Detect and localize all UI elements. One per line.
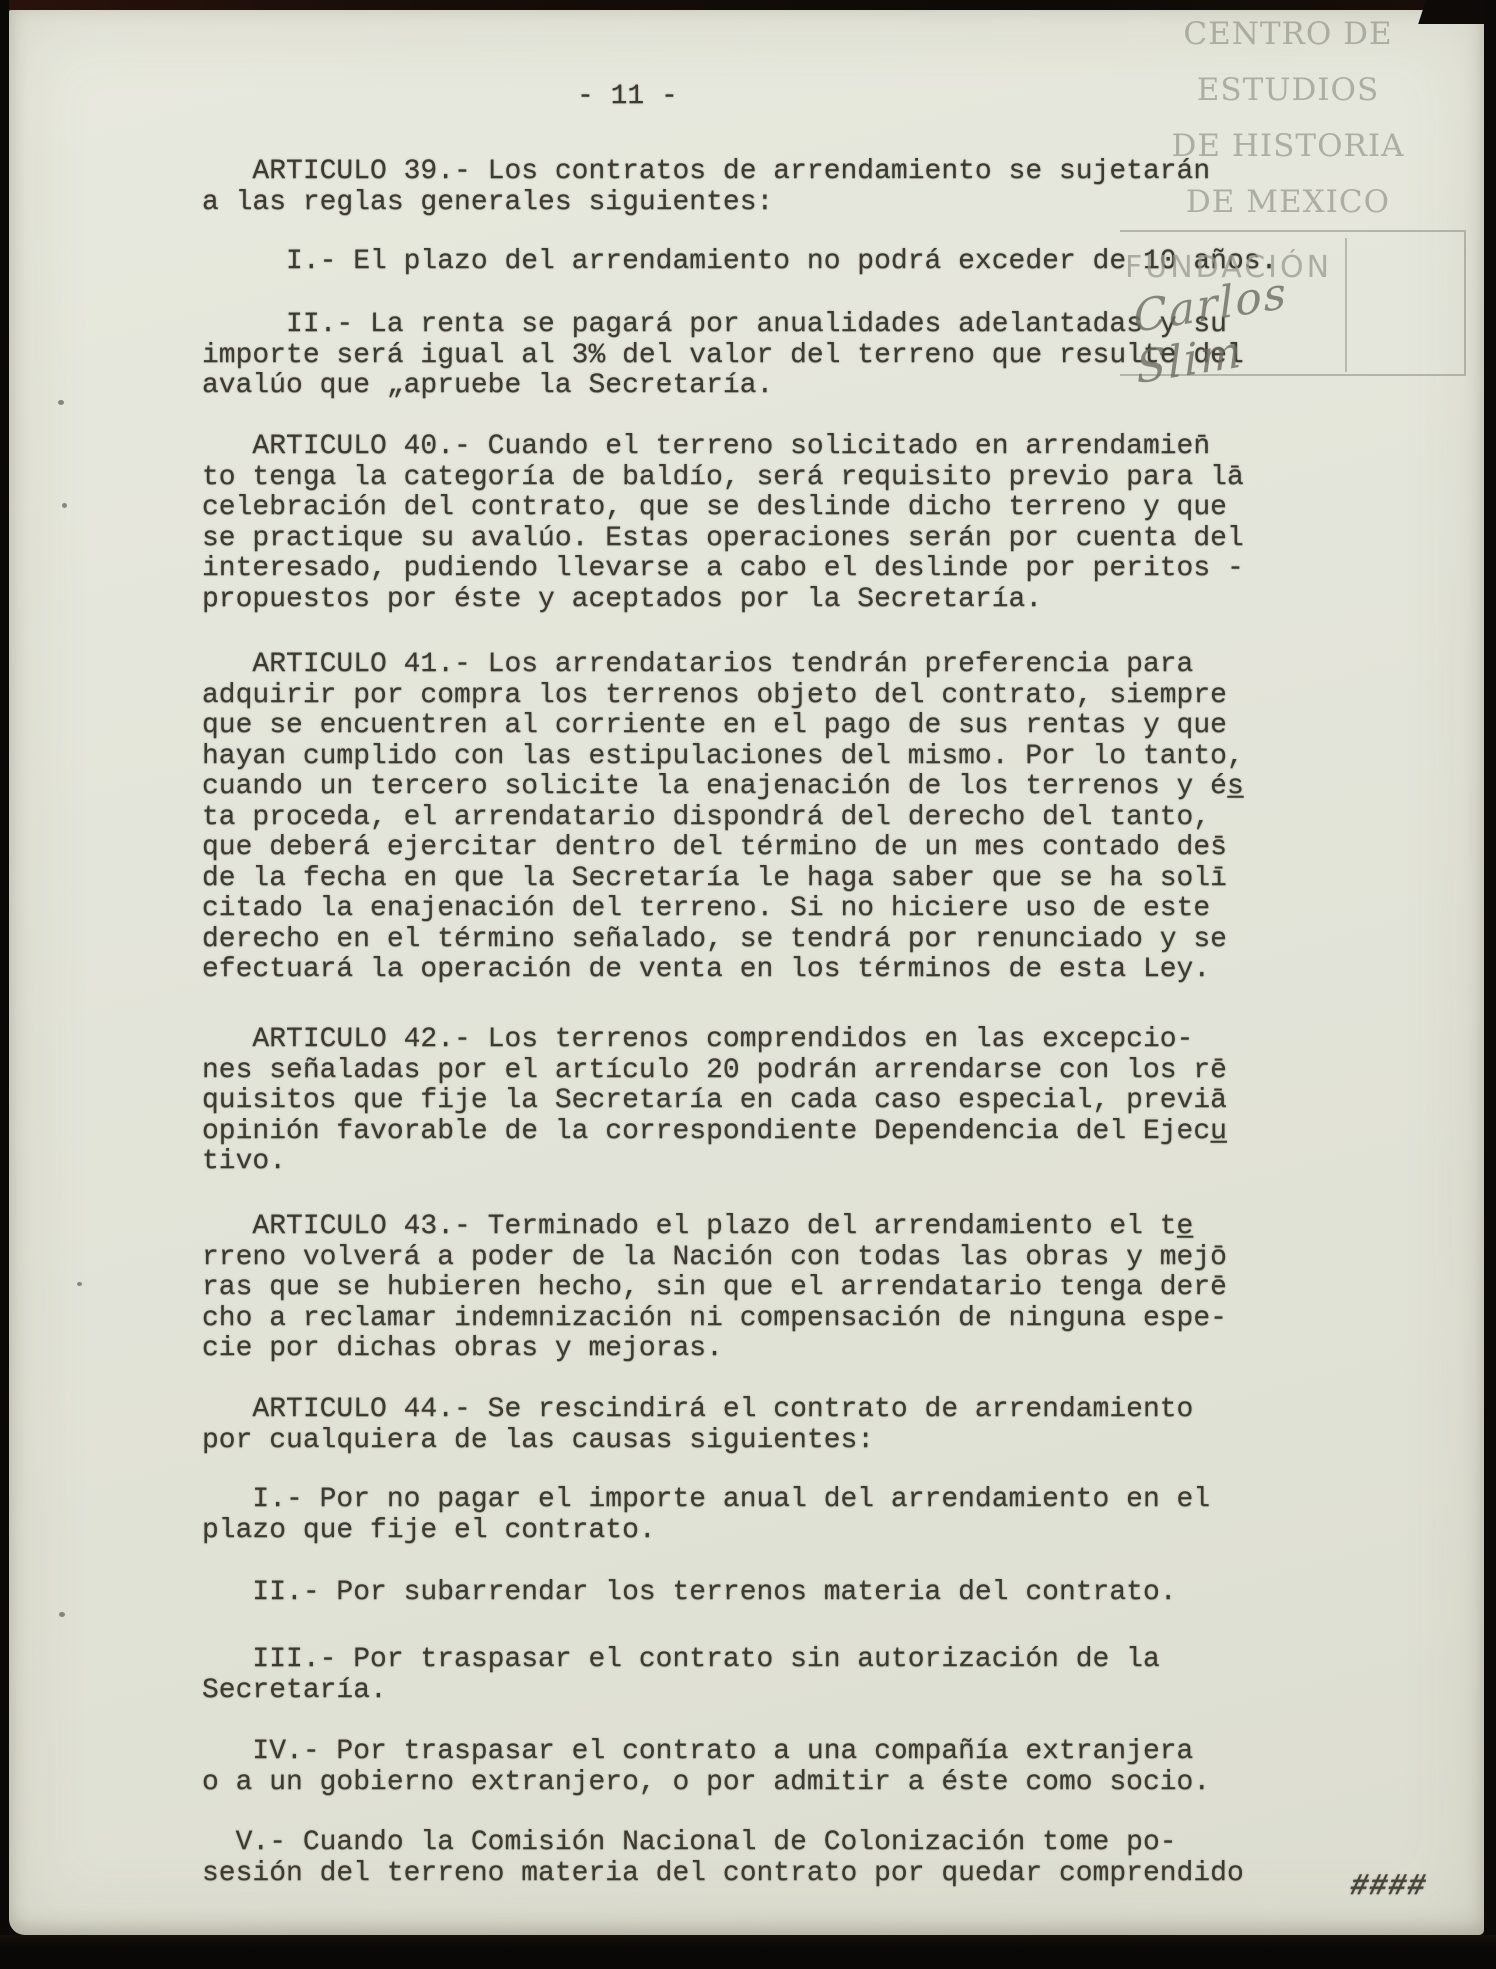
paper-speck xyxy=(59,1612,65,1617)
paragraph-fraccion-2: II.- La renta se pagará por anualidades … xyxy=(202,310,1244,402)
typist-end-mark: #### xyxy=(1346,1872,1430,1903)
paragraph-articulo-41: ARTICULO 41.- Los arrendatarios tendrán … xyxy=(202,650,1244,986)
scanned-document-page: CENTRO DE ESTUDIOS DE HISTORIA DE MEXICO… xyxy=(0,0,1496,1969)
paragraph-fraccion-1: I.- El plazo del arrendamiento no podrá … xyxy=(202,247,1277,278)
paragraph-articulo-39: ARTICULO 39.- Los contratos de arrendami… xyxy=(202,157,1210,218)
page-number: - 11 - xyxy=(577,82,678,113)
paragraph-causa-1: I.- Por no pagar el importe anual del ar… xyxy=(202,1485,1210,1546)
paper-speck xyxy=(62,503,67,508)
scan-border-right xyxy=(1484,0,1496,1969)
paragraph-articulo-40: ARTICULO 40.- Cuando el terreno solicita… xyxy=(202,432,1244,615)
scan-border-bottom xyxy=(0,1935,1496,1969)
paragraph-causa-2: II.- Por subarrendar los terrenos materi… xyxy=(202,1578,1177,1609)
paragraph-causa-3: III.- Por traspasar el contrato sin auto… xyxy=(202,1645,1160,1706)
paragraph-articulo-44: ARTICULO 44.- Se rescindirá el contrato … xyxy=(202,1395,1193,1456)
scan-border-left xyxy=(0,0,9,1969)
paragraph-articulo-42: ARTICULO 42.- Los terrenos comprendidos … xyxy=(202,1025,1227,1178)
scan-border-top xyxy=(0,0,1496,10)
paragraph-articulo-43: ARTICULO 43.- Terminado el plazo del arr… xyxy=(202,1212,1227,1365)
paper-speck xyxy=(77,1282,82,1286)
paragraph-causa-4: IV.- Por traspasar el contrato a una com… xyxy=(202,1737,1210,1798)
paragraph-causa-5: V.- Cuando la Comisión Nacional de Colon… xyxy=(202,1828,1244,1889)
paper-speck xyxy=(58,400,64,405)
